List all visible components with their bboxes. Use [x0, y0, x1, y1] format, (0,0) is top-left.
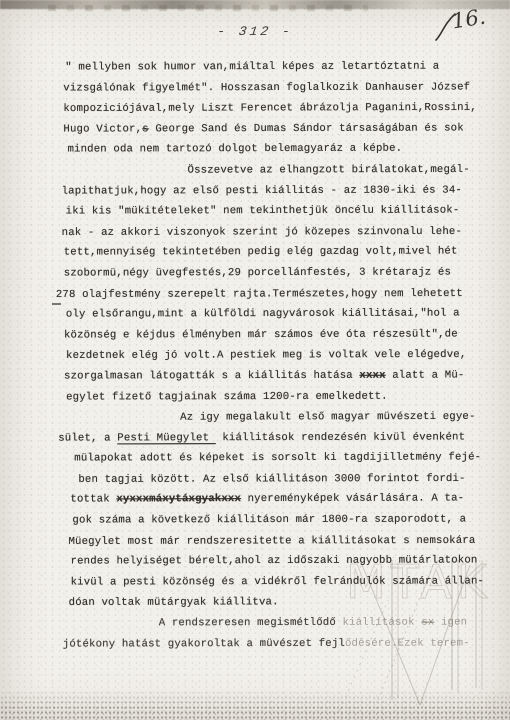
scan-noise-top-blotches — [48, 5, 368, 11]
text-line: lapithatjuk,hogy az első pesti kiállitás… — [62, 180, 492, 202]
line-text: dóan voltak mütárgyak kiállitva. — [69, 597, 279, 610]
text-line: oly elsőrangu,mint a külföldi nagyvároso… — [66, 304, 492, 326]
line-text: kiállitások rendezésén kivül évenként — [216, 431, 465, 444]
text-line: jótékony hatást gyakoroltak a müvészet f… — [63, 633, 493, 655]
line-text: Müegylet most már rendszeresitette a kiá… — [68, 535, 475, 548]
text-line: ben tagjai között. Az első kiállitáson 3… — [78, 469, 492, 491]
text-line: sület, a Pesti Müegylet kiállitások rend… — [58, 427, 492, 449]
line-text: ben tagjai között. Az első kiállitáson 3… — [78, 473, 465, 486]
faint-text: igen — [434, 617, 467, 629]
text-line: kompoziciójával,mely Liszt Ferencet ábrá… — [63, 98, 491, 120]
text-line: szorgalmasan látogatták s a kiállitás ha… — [64, 365, 492, 387]
line-text: George Sand és Dumas Sándor társaságában… — [149, 122, 464, 135]
text-line: Összevetve az elhangzott birálatokat,meg… — [187, 160, 491, 181]
typewritten-text-block: " mellyben sok humor van,miáltal képes a… — [61, 56, 493, 654]
text-line: tett,mennyiség tekintetében pedig elég g… — [64, 242, 492, 264]
struck-text: sx — [421, 617, 434, 629]
line-text: 278 olajfestmény szerepelt rajta.Termész… — [56, 287, 463, 300]
text-line: mülapokat adott és képeket is sorsolt ki… — [74, 448, 492, 470]
line-text: kivül a pesti közönség és a vidékről fel… — [71, 575, 485, 588]
line-text: Hugo Victor, — [63, 123, 142, 135]
text-line: rendes helyiséget bérelt,ahol az időszak… — [71, 551, 493, 573]
line-text: minden oda nem tartozó dolgot belemagyar… — [67, 143, 402, 156]
line-text: egylet fizető tagjainak száma 1200-ra em… — [66, 390, 388, 403]
scan-noise-bottom — [0, 690, 510, 720]
line-text: mülapokat adott és képeket is sorsolt ki… — [74, 452, 481, 465]
line-text: lapithatjuk,hogy az első pesti kiállitás… — [62, 184, 462, 197]
struck-text: xxxx — [359, 370, 385, 382]
typed-page-number: - 312 - — [0, 24, 510, 39]
line-text: vizsgálónak figyelmét". Hosszasan foglal… — [63, 81, 470, 94]
line-text: nyereményképek vásárlására. A ta- — [241, 493, 464, 506]
line-text: tett,mennyiség tekintetében pedig elég g… — [64, 246, 458, 259]
line-text: sület, a — [58, 432, 117, 444]
line-text: gok száma a következő kiállitáson már 18… — [72, 514, 466, 527]
line-text: kompoziciójával,mely Liszt Ferencet ábrá… — [63, 102, 477, 115]
text-line: gok száma a következő kiállitáson már 18… — [72, 509, 492, 531]
struck-text: xyxxxmáxytáxgyakxxx — [116, 494, 241, 506]
text-line: 278 olajfestmény szerepelt rajta.Termész… — [56, 283, 492, 305]
line-text: alatt a Mü- — [386, 369, 465, 381]
text-line: kivül a pesti közönség és a vidékről fel… — [71, 571, 493, 593]
underlined-text: Pesti Müegylet — [117, 432, 215, 444]
line-text: Az igy megalakult első magyar müvészeti … — [180, 411, 475, 424]
text-line: Müegylet most már rendszeresitette a kiá… — [68, 530, 492, 552]
text-line: kezdetnek elég jó volt.A pestiek meg is … — [66, 345, 492, 367]
text-line: minden oda nem tartozó dolgot belemagyar… — [67, 139, 491, 161]
line-text: A rendszeresen megismétlődő — [159, 617, 343, 629]
text-line: tottak xyxxxmáxytáxgyakxxx nyereményképe… — [70, 489, 492, 511]
text-line: egylet fizető tagjainak száma 1200-ra em… — [66, 386, 492, 408]
text-line: szobormü,négy üvegfestés,29 porcellánfes… — [64, 262, 492, 284]
line-text: Összevetve az elhangzott birálatokat,meg… — [187, 164, 469, 177]
line-text: oly elsőrangu,mint a külföldi nagyvároso… — [66, 308, 460, 321]
line-text: szorgalmasan látogatták s a kiállitás ha… — [64, 370, 359, 383]
line-text: jótékony hatást gyakoroltak a müvészet f… — [63, 637, 345, 650]
line-text: kezdetnek elég jó volt.A pestiek meg is … — [66, 349, 466, 362]
text-line: nak - az akkori viszonyok szerint jó köz… — [62, 222, 492, 244]
line-text: nak - az akkori viszonyok szerint jó köz… — [62, 226, 462, 239]
faint-text: kiállítások — [342, 617, 421, 629]
line-text: szobormü,négy üvegfestés,29 porcellánfes… — [64, 266, 451, 279]
scanned-document-page: 16. - 312 - MTAK " mellyben sok humor va… — [0, 0, 510, 720]
text-line: vizsgálónak figyelmét". Hosszasan foglal… — [63, 77, 491, 99]
line-text: tottak — [70, 494, 116, 506]
text-line: dóan voltak mütárgyak kiállitva. — [69, 592, 493, 614]
text-line: iki kis "mükitételeket" nem tekinthetjük… — [66, 201, 492, 223]
line-text: rendes helyiséget bérelt,ahol az időszak… — [71, 555, 478, 568]
text-line: " mellyben sok humor van,miáltal képes a… — [65, 56, 491, 78]
line-text: " mellyben sok humor van,miáltal képes a… — [65, 61, 439, 74]
text-line: Hugo Victor,s George Sand és Dumas Sándo… — [63, 118, 491, 140]
text-line: A rendszeresen megismétlődő kiállítások … — [159, 612, 493, 633]
text-line: Az igy megalakult első magyar müvészeti … — [180, 407, 492, 428]
line-text: közönség e kéjdus élményben már számos é… — [64, 328, 458, 341]
text-line: közönség e kéjdus élményben már számos é… — [64, 324, 492, 346]
line-text: iki kis "mükitételeket" nem tekinthetjük… — [66, 205, 460, 218]
faint-text: ődésére.Ezek terem- — [345, 637, 470, 649]
